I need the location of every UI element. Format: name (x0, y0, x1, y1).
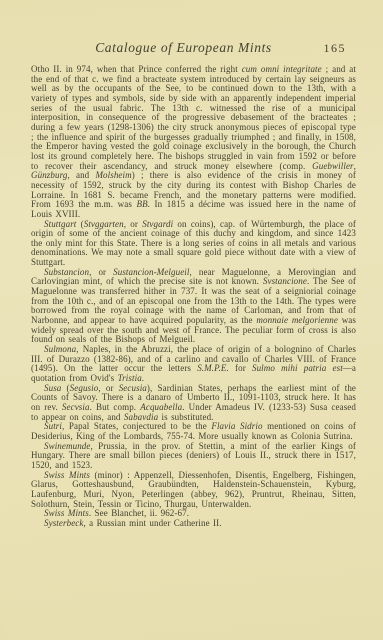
italic-text-run: Stuttgart (44, 219, 76, 229)
italic-text-run: Acquabella (140, 402, 182, 412)
italic-text-run: Sulmona (44, 344, 76, 354)
page-number: 165 (324, 41, 347, 56)
italic-text-run: Secusia (119, 383, 147, 393)
paragraph: Stuttgart (Stvggarten, or Stvgardi on co… (31, 220, 356, 268)
italic-text-run: Stvggarten (84, 219, 124, 229)
text-run: , or (89, 267, 113, 277)
text-run: ( (76, 219, 83, 229)
paragraph: Swiss Mints (minor) : Appenzell, Diessen… (31, 471, 356, 510)
italic-text-run: Sulmo mihi patria est (252, 363, 343, 373)
text-run: ( (61, 383, 69, 393)
italic-text-run: Flavia Sidrio (211, 421, 262, 431)
italic-text-run: monnaie melgorienne (256, 315, 338, 325)
italic-text-run: Molsheim (95, 170, 131, 180)
text-run: , (354, 161, 356, 171)
text-run: . But comp. (90, 402, 141, 412)
page-header: Catalogue of European Mints 165 (31, 40, 356, 57)
italic-text-run: Günzburg (31, 170, 67, 180)
italic-text-run: Stvgardi (142, 219, 173, 229)
text-run: ; and at the end of that c. we find a br… (31, 64, 356, 171)
italic-text-run: Substancion (44, 267, 89, 277)
italic-text-run: Sustancion-Melgueil (113, 267, 189, 277)
italic-text-run: Sutri (44, 421, 62, 431)
text-run: for (229, 363, 252, 373)
text-run: , Papal States, conjectured to be the (62, 421, 211, 431)
italic-text-run: Swiss Mints (44, 470, 90, 480)
italic-text-run: Secvsia (62, 402, 90, 412)
text-run: . (142, 373, 144, 383)
book-page: Catalogue of European Mints 165 Otho II.… (0, 0, 383, 640)
paragraph: Systerbeck, a Russian mint under Catheri… (31, 519, 356, 529)
italic-text-run: Swiss Mints (44, 508, 89, 518)
text-run: is substituted. (158, 412, 213, 422)
text-run: , and (67, 170, 95, 180)
page-title: Catalogue of European Mints (31, 40, 336, 56)
italic-text-run: Segusio (70, 383, 99, 393)
italic-text-run: Svstancione (263, 276, 307, 286)
italic-text-run: Sabavdia (124, 412, 158, 422)
text-run: , or (98, 383, 118, 393)
paragraph: Otho II. in 974, when that Prince confer… (31, 65, 356, 220)
italic-text-run: BB (136, 199, 147, 209)
italic-text-run: Swinemunde (44, 441, 91, 451)
italic-text-run: Systerbeck (44, 518, 83, 528)
text-run: . See Blanchet, ii. 962-67. (89, 508, 189, 518)
page-body: Otho II. in 974, when that Prince confer… (31, 65, 356, 529)
paragraph: Sutri, Papal States, conjectured to be t… (31, 422, 356, 441)
paragraph: Swinemunde, Prussia, in the prov. of Ste… (31, 442, 356, 471)
italic-text-run: Guebwiller (312, 161, 354, 171)
italic-text-run: cum omni integritate (242, 64, 322, 74)
text-run: , a Russian mint under Catherine II. (83, 518, 221, 528)
italic-text-run: Tristia (118, 373, 142, 383)
italic-text-run: S.M.P.E. (197, 363, 229, 373)
italic-text-run: Susa (44, 383, 61, 393)
paragraph: Sulmona, Naples, in the Abruzzi, the pla… (31, 345, 356, 384)
text-run: Otho II. in 974, when that Prince confer… (31, 64, 242, 74)
paragraph: Substancion, or Sustancion-Melgueil, nea… (31, 268, 356, 345)
text-run: , or (124, 219, 142, 229)
paragraph: Susa (Segusio, or Secusia), Sardinian St… (31, 384, 356, 423)
